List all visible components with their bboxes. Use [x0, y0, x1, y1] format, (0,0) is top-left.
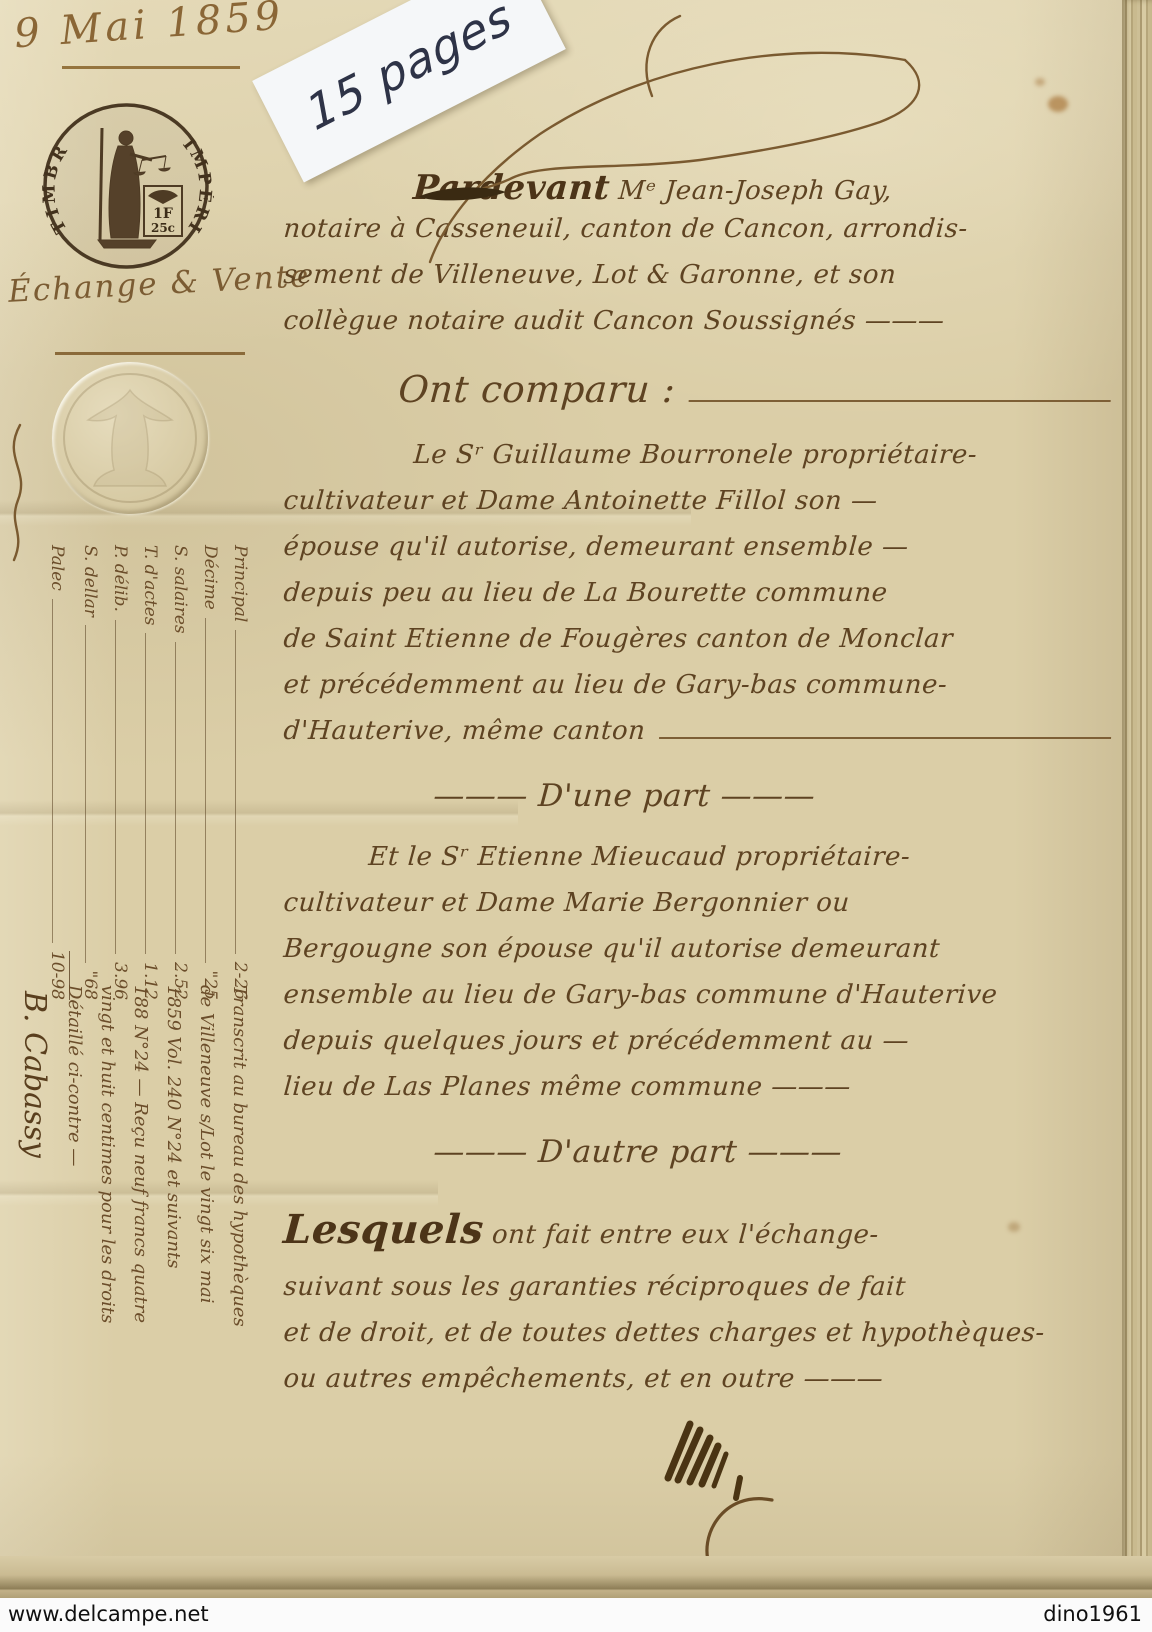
fee-row: P. délib.3.96: [100, 545, 130, 1000]
text-line: sement de Villeneuve, Lot & Garonne, et …: [281, 260, 1116, 306]
text-line: Ont comparu :: [280, 352, 1118, 440]
margin-fee-account: Principal2-26Décime"25S. salaires2.52T. …: [22, 545, 250, 1000]
age-stain: [1008, 1222, 1020, 1232]
text-line: Bergougne son épouse qu'il autorise deme…: [281, 934, 1116, 980]
watermark-strip: www.delcampe.net dino1961: [0, 1598, 1152, 1632]
fee-row: Décime"25: [190, 545, 220, 1000]
imperial-tax-stamp: TIMBRE IMPÉRIAL 1F 25c: [38, 98, 214, 274]
date-underline: [62, 66, 240, 69]
text-line: d'Hauterive, même canton: [281, 716, 1116, 762]
registration-line: 188 N°24 — Reçu neuf francs quatre: [118, 985, 151, 1520]
registration-line: de Villeneuve s/Lot le vingt six mai: [184, 985, 217, 1520]
text-line: Lesquels ont fait entre eux l'échange-: [280, 1198, 1117, 1272]
text-line: depuis quelques jours et précédemment au…: [281, 1026, 1116, 1072]
eagle-emboss-icon: [88, 390, 172, 486]
fee-row: S. salaires2.52: [160, 545, 190, 1000]
registration-line: Transcrit au bureau des hypothèques: [217, 985, 250, 1520]
margin-registration-note: Transcrit au bureau des hypothèquesde Vi…: [8, 985, 250, 1520]
text-line: ensemble au lieu de Gary-bas commune d'H…: [281, 980, 1116, 1026]
text-line: de Saint Etienne de Fougères canton de M…: [281, 624, 1116, 670]
fee-row: Principal2-26: [220, 545, 250, 1000]
text-line: depuis peu au lieu de La Bourette commun…: [281, 578, 1116, 624]
registration-line: 1859 Vol. 240 N°24 et suivants: [151, 985, 184, 1520]
text-line: collègue notaire audit Cancon Soussignés…: [281, 306, 1116, 352]
watermark-seller: dino1961: [1043, 1602, 1142, 1626]
text-line: épouse qu'il autorise, demeurant ensembl…: [281, 532, 1116, 578]
text-line: notaire à Casseneuil, canton de Cancon, …: [281, 214, 1116, 260]
text-line: lieu de Las Planes même commune ———: [281, 1072, 1116, 1118]
registrar-signature: B. Cabassy: [19, 985, 52, 1520]
fee-total-row: Palec10-98: [40, 545, 70, 1000]
fee-row: T. d'actes1.12: [130, 545, 160, 1000]
registration-line: Détaillé ci-contre —: [52, 985, 85, 1520]
age-stain: [1048, 96, 1068, 112]
age-stain: [1035, 78, 1045, 86]
deed-type-underline: [55, 352, 245, 355]
text-line: cultivateur et Dame Marie Bergonnier ou: [281, 888, 1116, 934]
text-line: et de droit, et de toutes dettes charges…: [281, 1318, 1116, 1364]
text-line: ——— D'une part ———: [280, 762, 1118, 842]
text-line: ou autres empêchements, et en outre ———: [281, 1364, 1116, 1410]
watermark-site: www.delcampe.net: [8, 1602, 209, 1626]
text-line: Le Sʳ Guillaume Bourronele propriétaire-: [281, 440, 1116, 486]
text-line: et précédemment au lieu de Gary-bas comm…: [281, 670, 1116, 716]
paper-bottom-edge: [0, 1556, 1152, 1598]
registration-line: vingt et huit centimes pour les droits: [85, 985, 118, 1520]
fee-row: S. dellar"68: [70, 545, 100, 1000]
text-line: cultivateur et Dame Antoinette Fillol so…: [281, 486, 1116, 532]
text-line: Et le Sʳ Etienne Mieucaud propriétaire-: [281, 842, 1116, 888]
stacked-page-edges: [1122, 0, 1152, 1598]
stamp-value-shield: 1F 25c: [144, 186, 182, 236]
text-line: ——— D'autre part ———: [280, 1118, 1118, 1198]
scanned-notarial-deed: 9 Mai 1859 TIMBRE IMPÉRIAL: [0, 0, 1152, 1632]
manuscript-body: Pardevant Mᵉ Jean-Joseph Gay,notaire à C…: [283, 168, 1115, 1410]
embossed-eagle-seal: [52, 362, 208, 514]
text-line: suivant sous les garanties réciproques d…: [281, 1272, 1116, 1318]
stamp-value-franc: 1F: [153, 206, 173, 222]
stamp-value-cent: 25c: [151, 221, 175, 235]
text-line: Pardevant Mᵉ Jean-Joseph Gay,: [281, 168, 1116, 214]
